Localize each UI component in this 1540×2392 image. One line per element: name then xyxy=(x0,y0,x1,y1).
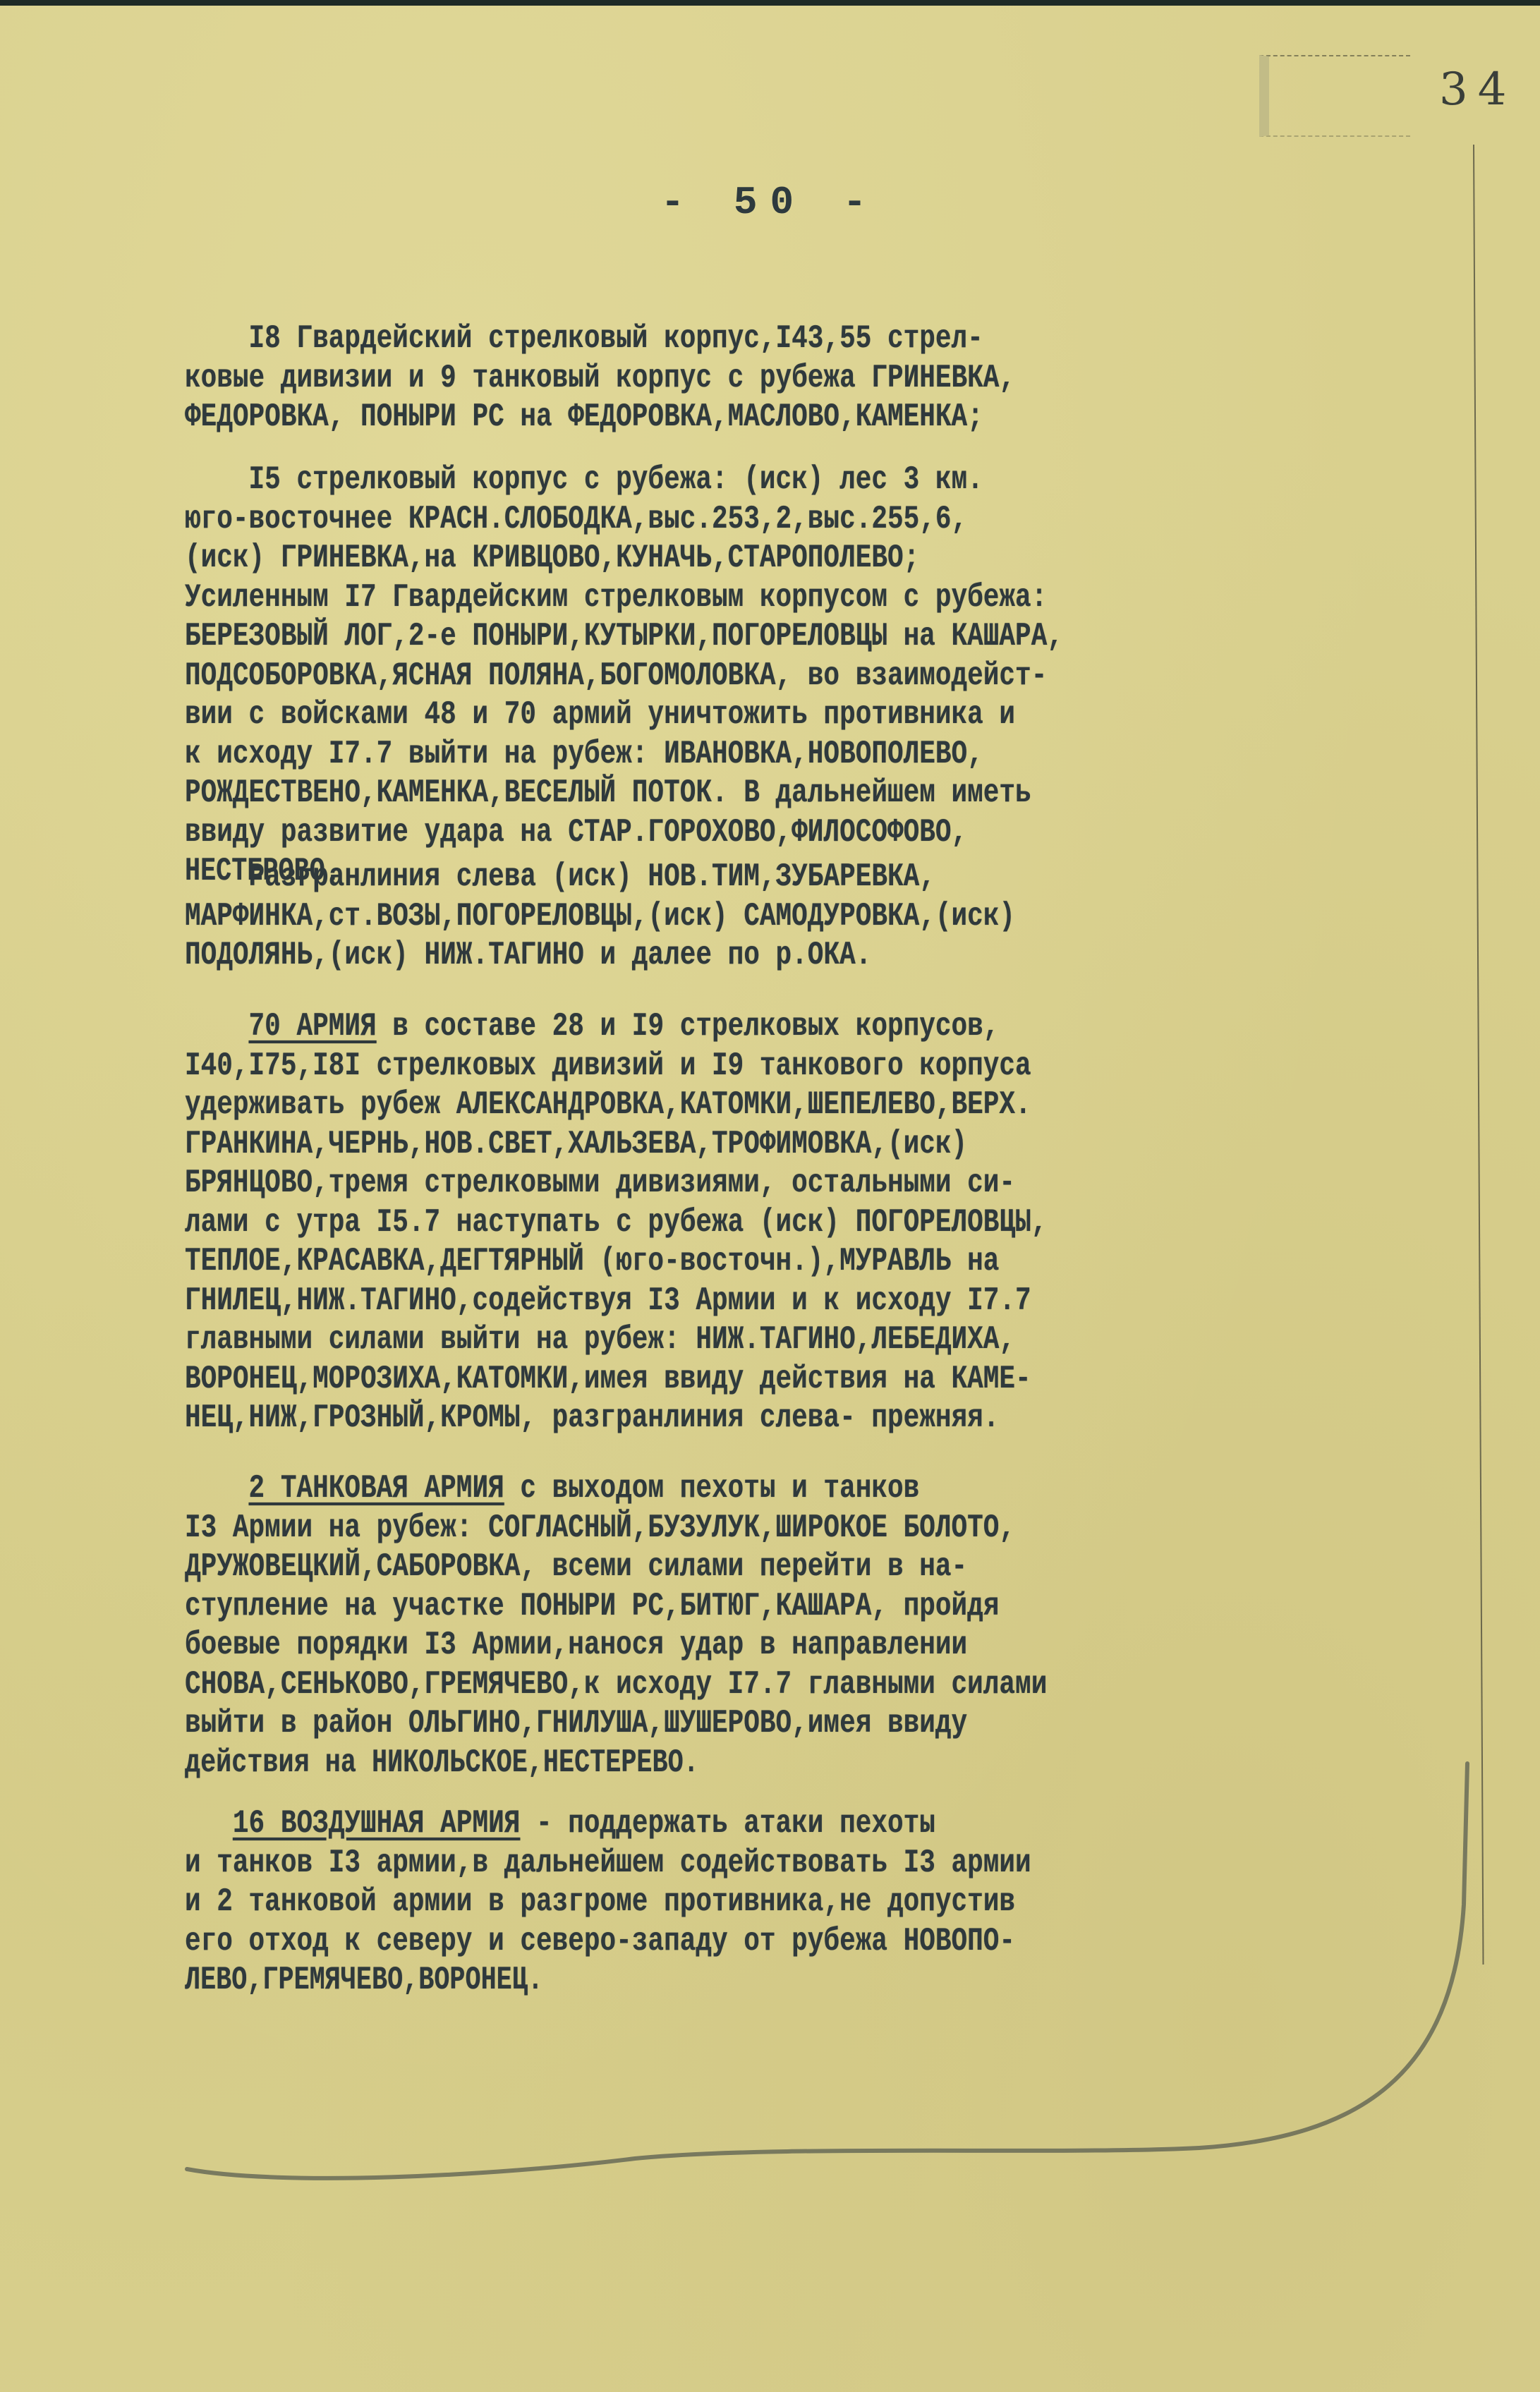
text-segment: I40,I75,I8I стрелковых дивизий и I9 танк… xyxy=(185,1048,1031,1084)
text-line: 70 АРМИЯ в составе 28 и I9 стрелковых ко… xyxy=(185,1009,999,1044)
text-line: (иск) ГРИНЕВКА,на КРИВЦОВО,КУНАЧЬ,СТАРОП… xyxy=(185,540,919,576)
text-segment: (иск) ГРИНЕВКА,на КРИВЦОВО,КУНАЧЬ,СТАРОП… xyxy=(185,540,919,576)
text-line: боевые порядки I3 Армии,нанося удар в на… xyxy=(185,1627,967,1663)
text-line: ПОДОЛЯНЬ,(иск) НИЖ.ТАГИНО и далее по р.О… xyxy=(185,937,871,973)
text-segment: БРЯНЦОВО,тремя стрелковыми дивизиями, ос… xyxy=(185,1165,1015,1201)
text-segment: ВОРОНЕЦ,МОРОЗИХА,КАТОМКИ,имея ввиду дейс… xyxy=(185,1361,1031,1397)
text-segment: ГНИЛЕЦ,НИЖ.ТАГИНО,содействуя I3 Армии и … xyxy=(185,1282,1031,1319)
army-heading: 70 АРМИЯ xyxy=(249,1008,377,1045)
text-line: выйти в район ОЛЬГИНО,ГНИЛУША,ШУШЕРОВО,и… xyxy=(185,1706,967,1741)
text-segment: Разгранлиния слева (иск) НОВ.ТИМ,ЗУБАРЕВ… xyxy=(185,858,935,895)
text-segment: действия на НИКОЛЬСКОЕ,НЕСТЕРЕВО. xyxy=(185,1744,699,1781)
text-segment: лами с утра I5.7 наступать с рубежа (иск… xyxy=(185,1204,1047,1241)
text-line: 2 ТАНКОВАЯ АРМИЯ с выходом пехоты и танк… xyxy=(185,1471,919,1506)
document-body: I8 Гвардейский стрелковый корпус,I43,55 … xyxy=(0,0,1540,2392)
text-line: к исходу I7.7 выйти на рубеж: ИВАНОВКА,Н… xyxy=(185,736,983,772)
text-line: НЕЦ,НИЖ,ГРОЗНЫЙ,КРОМЫ, разгранлиния слев… xyxy=(185,1400,999,1435)
text-segment: ДРУЖОВЕЦКИЙ,САБОРОВКА, всеми силами пере… xyxy=(185,1548,967,1585)
text-segment: к исходу I7.7 выйти на рубеж: ИВАНОВКА,Н… xyxy=(185,736,983,772)
text-line: Разгранлиния слева (иск) НОВ.ТИМ,ЗУБАРЕВ… xyxy=(185,859,935,894)
text-line: лами с утра I5.7 наступать с рубежа (иск… xyxy=(185,1205,1047,1240)
text-line: Усиленным I7 Гвардейским стрелковым корп… xyxy=(185,580,1047,615)
text-line: ПОДСОБОРОВКА,ЯСНАЯ ПОЛЯНА,БОГОМОЛОВКА, в… xyxy=(185,658,1047,693)
text-line: и танков I3 армии,в дальнейшем содейство… xyxy=(185,1845,1031,1881)
text-segment: вии с войсками 48 и 70 армий уничтожить … xyxy=(185,696,1015,733)
text-segment xyxy=(185,1470,249,1507)
text-line: главными силами выйти на рубеж: НИЖ.ТАГИ… xyxy=(185,1322,1015,1357)
text-line: I40,I75,I8I стрелковых дивизий и I9 танк… xyxy=(185,1048,1031,1083)
text-segment: юго-восточнее КРАСН.СЛОБОДКА,выс.253,2,в… xyxy=(185,501,967,538)
text-segment: I3 Армии на рубеж: СОГЛАСНЫЙ,БУЗУЛУК,ШИР… xyxy=(185,1510,1015,1546)
text-segment: ЛЕВО,ГРЕМЯЧЕВО,ВОРОНЕЦ. xyxy=(185,1962,543,1998)
text-line: РОЖДЕСТВЕНО,КАМЕНКА,ВЕСЕЛЫЙ ПОТОК. В дал… xyxy=(185,775,1031,811)
text-segment: ФЕДОРОВКА, ПОНЫРИ РС на ФЕДОРОВКА,МАСЛОВ… xyxy=(185,399,983,435)
text-line: ЛЕВО,ГРЕМЯЧЕВО,ВОРОНЕЦ. xyxy=(185,1962,543,1998)
text-line: I3 Армии на рубеж: СОГЛАСНЫЙ,БУЗУЛУК,ШИР… xyxy=(185,1510,1015,1546)
text-line: и 2 танковой армии в разгроме противника… xyxy=(185,1884,1015,1919)
text-segment: СНОВА,СЕНЬКОВО,ГРЕМЯЧЕВО,к исходу I7.7 г… xyxy=(185,1666,1047,1703)
text-line: СНОВА,СЕНЬКОВО,ГРЕМЯЧЕВО,к исходу I7.7 г… xyxy=(185,1667,1047,1702)
text-line: БЕРЕЗОВЫЙ ЛОГ,2-е ПОНЫРИ,КУТЫРКИ,ПОГОРЕЛ… xyxy=(185,619,1063,654)
text-line: ступление на участке ПОНЫРИ РС,БИТЮГ,КАШ… xyxy=(185,1589,999,1624)
text-line: ковые дивизии и 9 танковый корпус с рубе… xyxy=(185,360,1015,396)
text-segment: и танков I3 армии,в дальнейшем содейство… xyxy=(185,1845,1031,1881)
text-segment xyxy=(185,1008,249,1045)
text-segment: I8 Гвардейский стрелковый корпус,I43,55 … xyxy=(185,320,983,357)
text-line: I5 стрелковый корпус с рубежа: (иск) лес… xyxy=(185,462,983,497)
text-segment: I5 стрелковый корпус с рубежа: (иск) лес… xyxy=(185,461,983,498)
text-line: БРЯНЦОВО,тремя стрелковыми дивизиями, ос… xyxy=(185,1165,1015,1201)
text-line: ФЕДОРОВКА, ПОНЫРИ РС на ФЕДОРОВКА,МАСЛОВ… xyxy=(185,399,983,435)
text-segment xyxy=(185,1805,233,1842)
army-heading: 2 ТАНКОВАЯ АРМИЯ xyxy=(249,1470,504,1507)
text-line: юго-восточнее КРАСН.СЛОБОДКА,выс.253,2,в… xyxy=(185,502,967,537)
text-segment: ступление на участке ПОНЫРИ РС,БИТЮГ,КАШ… xyxy=(185,1588,999,1625)
text-segment: в составе 28 и I9 стрелковых корпусов, xyxy=(377,1008,1000,1045)
text-line: ГНИЛЕЦ,НИЖ.ТАГИНО,содействуя I3 Армии и … xyxy=(185,1283,1031,1318)
text-segment: МАРФИНКА,ст.ВОЗЫ,ПОГОРЕЛОВЦЫ,(иск) САМОД… xyxy=(185,898,1015,935)
text-line: 16 ВОЗДУШНАЯ АРМИЯ - поддержать атаки пе… xyxy=(185,1806,935,1841)
text-segment: и 2 танковой армии в разгроме противника… xyxy=(185,1883,1015,1920)
text-segment: выйти в район ОЛЬГИНО,ГНИЛУША,ШУШЕРОВО,и… xyxy=(185,1705,967,1742)
text-segment: - поддержать атаки пехоты xyxy=(520,1805,935,1842)
text-segment: ввиду развитие удара на СТАР.ГОРОХОВО,ФИ… xyxy=(185,814,967,851)
text-line: ГРАНКИНА,ЧЕРНЬ,НОВ.СВЕТ,ХАЛЬЗЕВА,ТРОФИМО… xyxy=(185,1127,967,1162)
text-segment: БЕРЕЗОВЫЙ ЛОГ,2-е ПОНЫРИ,КУТЫРКИ,ПОГОРЕЛ… xyxy=(185,618,1063,655)
text-segment: с выходом пехоты и танков xyxy=(504,1470,920,1507)
text-line: I8 Гвардейский стрелковый корпус,I43,55 … xyxy=(185,321,983,356)
text-line: ввиду развитие удара на СТАР.ГОРОХОВО,ФИ… xyxy=(185,815,967,850)
text-line: удерживать рубеж АЛЕКСАНДРОВКА,КАТОМКИ,Ш… xyxy=(185,1087,1031,1122)
text-line: МАРФИНКА,ст.ВОЗЫ,ПОГОРЕЛОВЦЫ,(иск) САМОД… xyxy=(185,899,1015,934)
text-line: вии с войсками 48 и 70 армий уничтожить … xyxy=(185,697,1015,732)
text-line: ВОРОНЕЦ,МОРОЗИХА,КАТОМКИ,имея ввиду дейс… xyxy=(185,1361,1031,1397)
text-line: действия на НИКОЛЬСКОЕ,НЕСТЕРЕВО. xyxy=(185,1745,699,1780)
text-segment: ГРАНКИНА,ЧЕРНЬ,НОВ.СВЕТ,ХАЛЬЗЕВА,ТРОФИМО… xyxy=(185,1126,967,1162)
text-segment: ковые дивизии и 9 танковый корпус с рубе… xyxy=(185,360,1015,396)
text-segment: ТЕПЛОЕ,КРАСАВКА,ДЕГТЯРНЫЙ (юго-восточн.)… xyxy=(185,1243,999,1280)
text-line: ДРУЖОВЕЦКИЙ,САБОРОВКА, всеми силами пере… xyxy=(185,1549,967,1584)
text-segment: РОЖДЕСТВЕНО,КАМЕНКА,ВЕСЕЛЫЙ ПОТОК. В дал… xyxy=(185,775,1031,811)
text-segment: его отход к северу и северо-западу от ру… xyxy=(185,1923,1015,1960)
text-segment: НЕЦ,НИЖ,ГРОЗНЫЙ,КРОМЫ, разгранлиния слев… xyxy=(185,1400,999,1436)
text-line: его отход к северу и северо-западу от ру… xyxy=(185,1924,1015,1959)
text-line: ТЕПЛОЕ,КРАСАВКА,ДЕГТЯРНЫЙ (юго-восточн.)… xyxy=(185,1244,999,1279)
text-segment: ПОДСОБОРОВКА,ЯСНАЯ ПОЛЯНА,БОГОМОЛОВКА, в… xyxy=(185,657,1047,694)
text-segment: Усиленным I7 Гвардейским стрелковым корп… xyxy=(185,579,1047,616)
text-segment: удерживать рубеж АЛЕКСАНДРОВКА,КАТОМКИ,Ш… xyxy=(185,1086,1031,1123)
text-segment: боевые порядки I3 Армии,нанося удар в на… xyxy=(185,1627,967,1663)
text-segment: ПОДОЛЯНЬ,(иск) НИЖ.ТАГИНО и далее по р.О… xyxy=(185,937,871,973)
text-segment: главными силами выйти на рубеж: НИЖ.ТАГИ… xyxy=(185,1321,1015,1358)
army-heading: 16 ВОЗДУШНАЯ АРМИЯ xyxy=(233,1805,520,1842)
